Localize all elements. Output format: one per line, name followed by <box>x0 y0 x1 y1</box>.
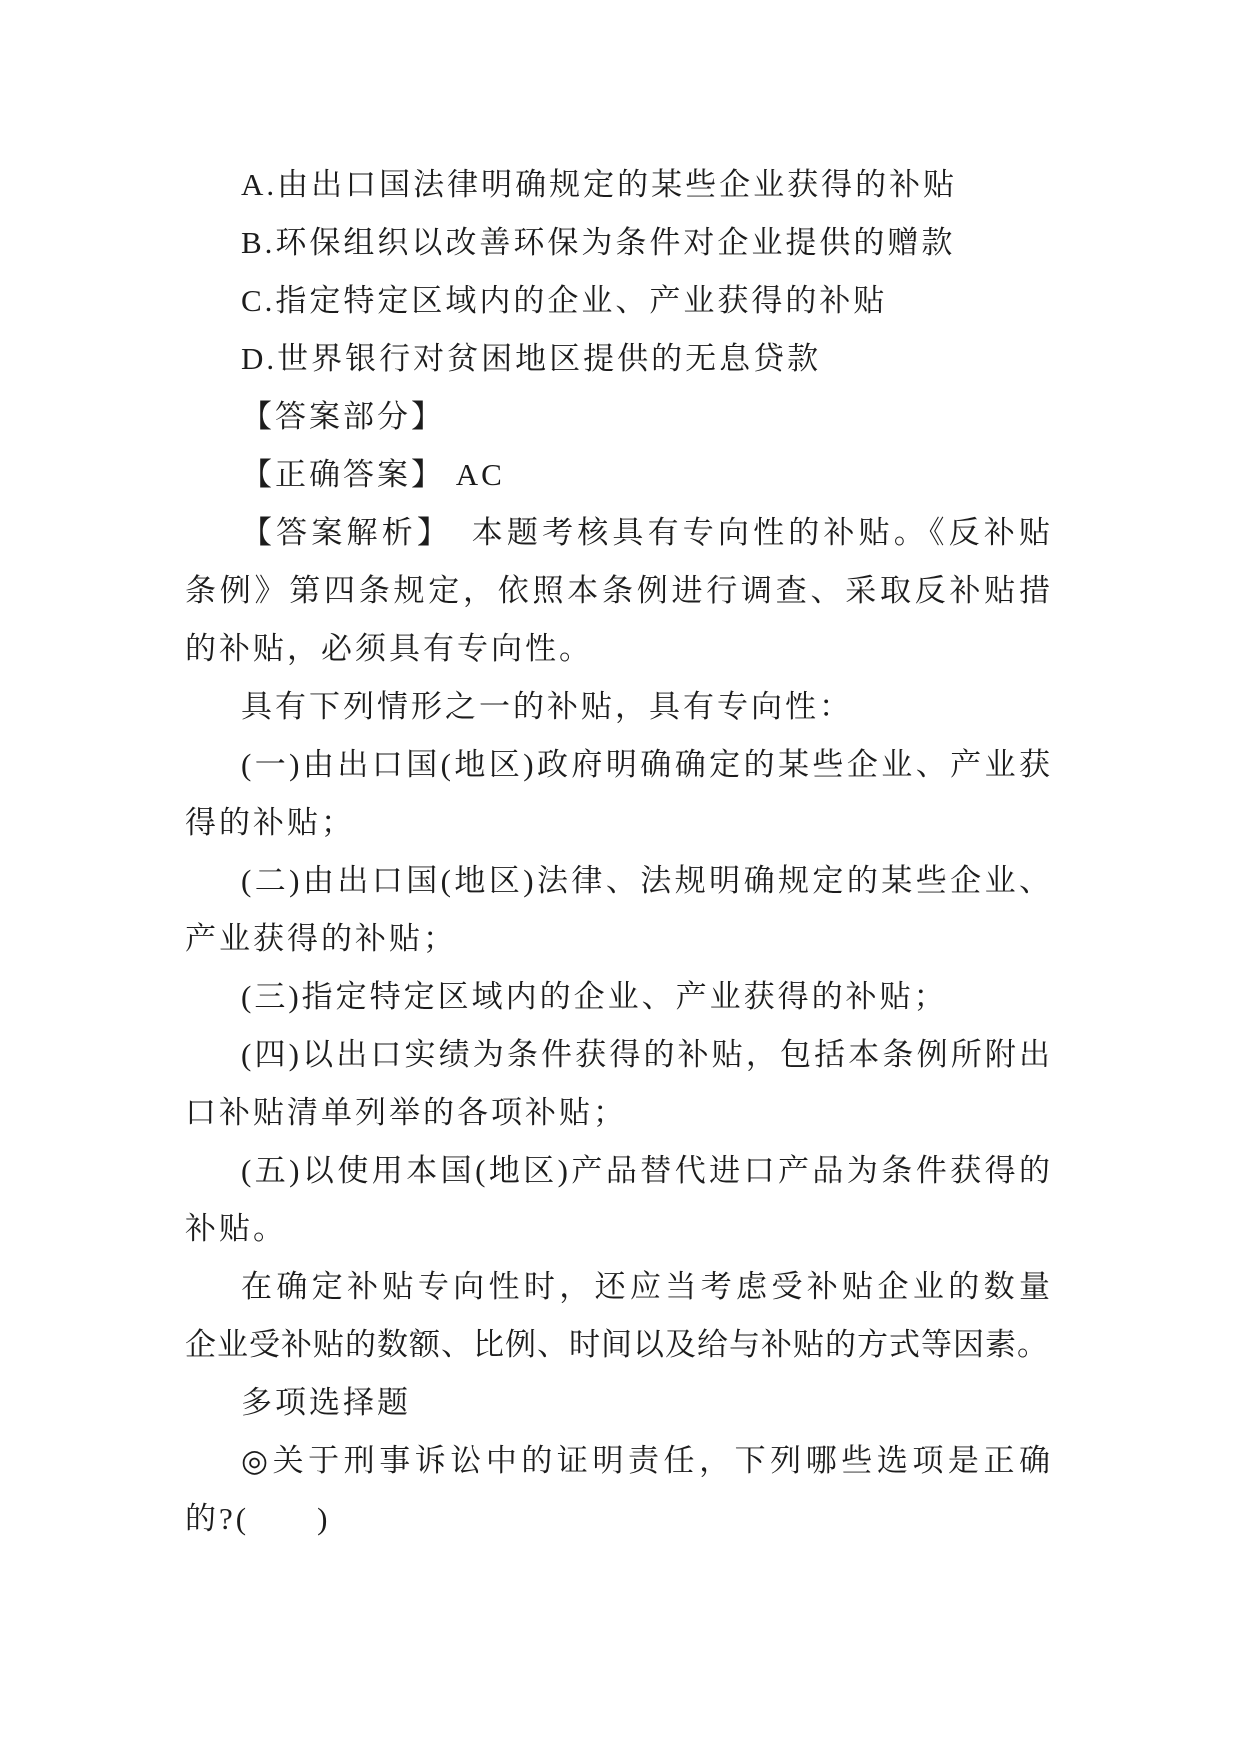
provision-5-line-2: 补贴。 <box>185 1200 1053 1258</box>
document-page: A.由出口国法律明确规定的某些企业获得的补贴B.环保组织以改善环保为条件对企业提… <box>0 0 1241 1754</box>
option-d: D.世界银行对贫困地区提供的无息贷款 <box>185 330 1053 388</box>
option-a: A.由出口国法律明确规定的某些企业获得的补贴 <box>185 156 1053 214</box>
next-question-line-2: 的?( ) <box>185 1490 1053 1548</box>
option-c: C.指定特定区域内的企业、产业获得的补贴 <box>185 272 1053 330</box>
analysis-closing-line-1: 在确定补贴专向性时，还应当考虑受补贴企业的数量和 <box>185 1258 1053 1316</box>
answer-analysis-line-2: 条例》第四条规定，依照本条例进行调查、采取反补贴措施 <box>185 562 1053 620</box>
provision-3-line: (三)指定特定区域内的企业、产业获得的补贴； <box>185 968 1053 1026</box>
provision-4-line-2: 口补贴清单列举的各项补贴； <box>185 1084 1053 1142</box>
correct-answer-line: 【正确答案】 AC <box>185 446 1053 504</box>
next-question-line-1: ◎关于刑事诉讼中的证明责任，下列哪些选项是正确 <box>185 1432 1053 1490</box>
document-body: A.由出口国法律明确规定的某些企业获得的补贴B.环保组织以改善环保为条件对企业提… <box>185 156 1053 1548</box>
question-type-label: 多项选择题 <box>185 1374 1053 1432</box>
provision-4-line-1: (四)以出口实绩为条件获得的补贴，包括本条例所附出 <box>185 1026 1053 1084</box>
provision-2-line-1: (二)由出口国(地区)法律、法规明确规定的某些企业、 <box>185 852 1053 910</box>
provision-5-line-1: (五)以使用本国(地区)产品替代进口产品为条件获得的 <box>185 1142 1053 1200</box>
analysis-intro-line: 具有下列情形之一的补贴，具有专向性： <box>185 678 1053 736</box>
answer-section-header: 【答案部分】 <box>185 388 1053 446</box>
answer-analysis-line-3: 的补贴，必须具有专向性。 <box>185 620 1053 678</box>
provision-2-line-2: 产业获得的补贴； <box>185 910 1053 968</box>
analysis-closing-line-2: 企业受补贴的数额、比例、时间以及给与补贴的方式等因素。 <box>185 1316 1053 1374</box>
provision-1-line-2: 得的补贴； <box>185 794 1053 852</box>
provision-1-line-1: (一)由出口国(地区)政府明确确定的某些企业、产业获 <box>185 736 1053 794</box>
option-b: B.环保组织以改善环保为条件对企业提供的赠款 <box>185 214 1053 272</box>
answer-analysis-line-1: 【答案解析】 本题考核具有专向性的补贴。《反补贴 <box>185 504 1053 562</box>
